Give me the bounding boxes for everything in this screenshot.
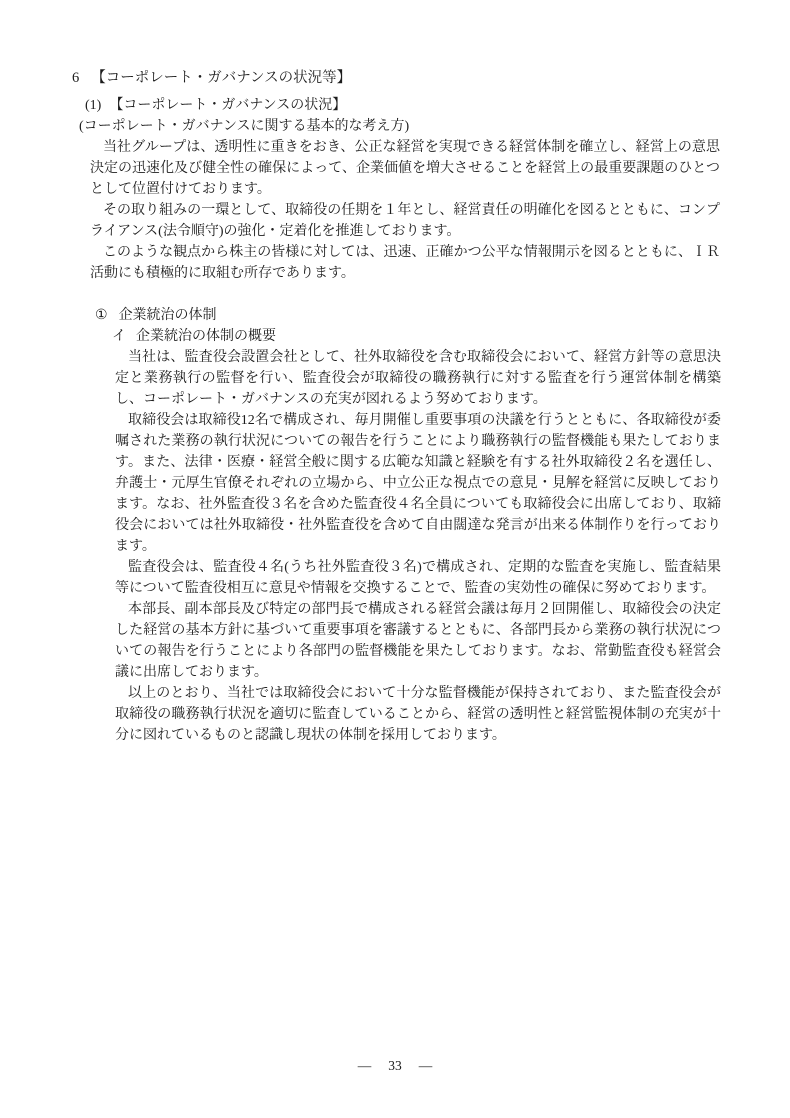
policy-paragraph-3: このような観点から株主の皆様に対しては、迅速、正確かつ公平な情報開示を図るととも… xyxy=(72,242,720,284)
item-paragraph-4: 本部長、副本部長及び特定の部門長で構成される経営会議は毎月２回開催し、取締役会の… xyxy=(72,599,721,683)
governance-item-block: ①企業統治の体制 イ企業統治の体制の概要 当社は、監査役会設置会社として、社外取… xyxy=(72,305,720,746)
document-page: 6【コーポレート・ガバナンスの状況等】 (1)【コーポレート・ガバナンスの状況】… xyxy=(0,0,790,1118)
item-heading: ①企業統治の体制 xyxy=(72,305,720,326)
item-paragraph-5: 以上のとおり、当社では取締役会において十分な監督機能が保持されており、また監査役… xyxy=(72,683,721,746)
footer-dash-right: ― xyxy=(419,1055,433,1076)
section-heading: 6【コーポレート・ガバナンスの状況等】 xyxy=(72,68,720,89)
item-marker: ① xyxy=(95,308,108,323)
item-paragraph-1: 当社は、監査役会設置会社として、社外取締役を含む取締役会において、経営方針等の意… xyxy=(72,347,721,410)
footer-dash-left: ― xyxy=(358,1055,372,1076)
section-title: 【コーポレート・ガバナンスの状況等】 xyxy=(91,70,351,86)
item-sub-marker: イ xyxy=(112,329,126,344)
section-number: 6 xyxy=(72,70,79,86)
item-subheading: イ企業統治の体制の概要 xyxy=(72,326,720,347)
subsection-title: 【コーポレート・ガバナンスの状況】 xyxy=(109,98,346,113)
item-title: 企業統治の体制 xyxy=(119,308,217,323)
item-sub-title: 企業統治の体制の概要 xyxy=(136,329,276,344)
subsection-number: (1) xyxy=(85,98,101,113)
page-number: 33 xyxy=(388,1055,402,1076)
document-body: 6【コーポレート・ガバナンスの状況等】 (1)【コーポレート・ガバナンスの状況】… xyxy=(72,68,720,746)
policy-paragraph-1: 当社グループは、透明性に重きをおき、公正な経営を実現できる経営体制を確立し、経営… xyxy=(72,137,720,200)
policy-paragraph-2: その取り組みの一環として、取締役の任期を１年とし、経営責任の明確化を図るとともに… xyxy=(72,200,720,242)
page-footer: ―33― xyxy=(0,1055,790,1076)
item-paragraph-3: 監査役会は、監査役４名(うち社外監査役３名)で構成され、定期的な監査を実施し、監… xyxy=(72,557,721,599)
subsection-heading: (1)【コーポレート・ガバナンスの状況】 xyxy=(72,95,720,116)
item-paragraph-2: 取締役会は取締役12名で構成され、毎月開催し重要事項の決議を行うとともに、各取締… xyxy=(72,410,721,557)
policy-heading: (コーポレート・ガバナンスに関する基本的な考え方) xyxy=(72,116,720,137)
